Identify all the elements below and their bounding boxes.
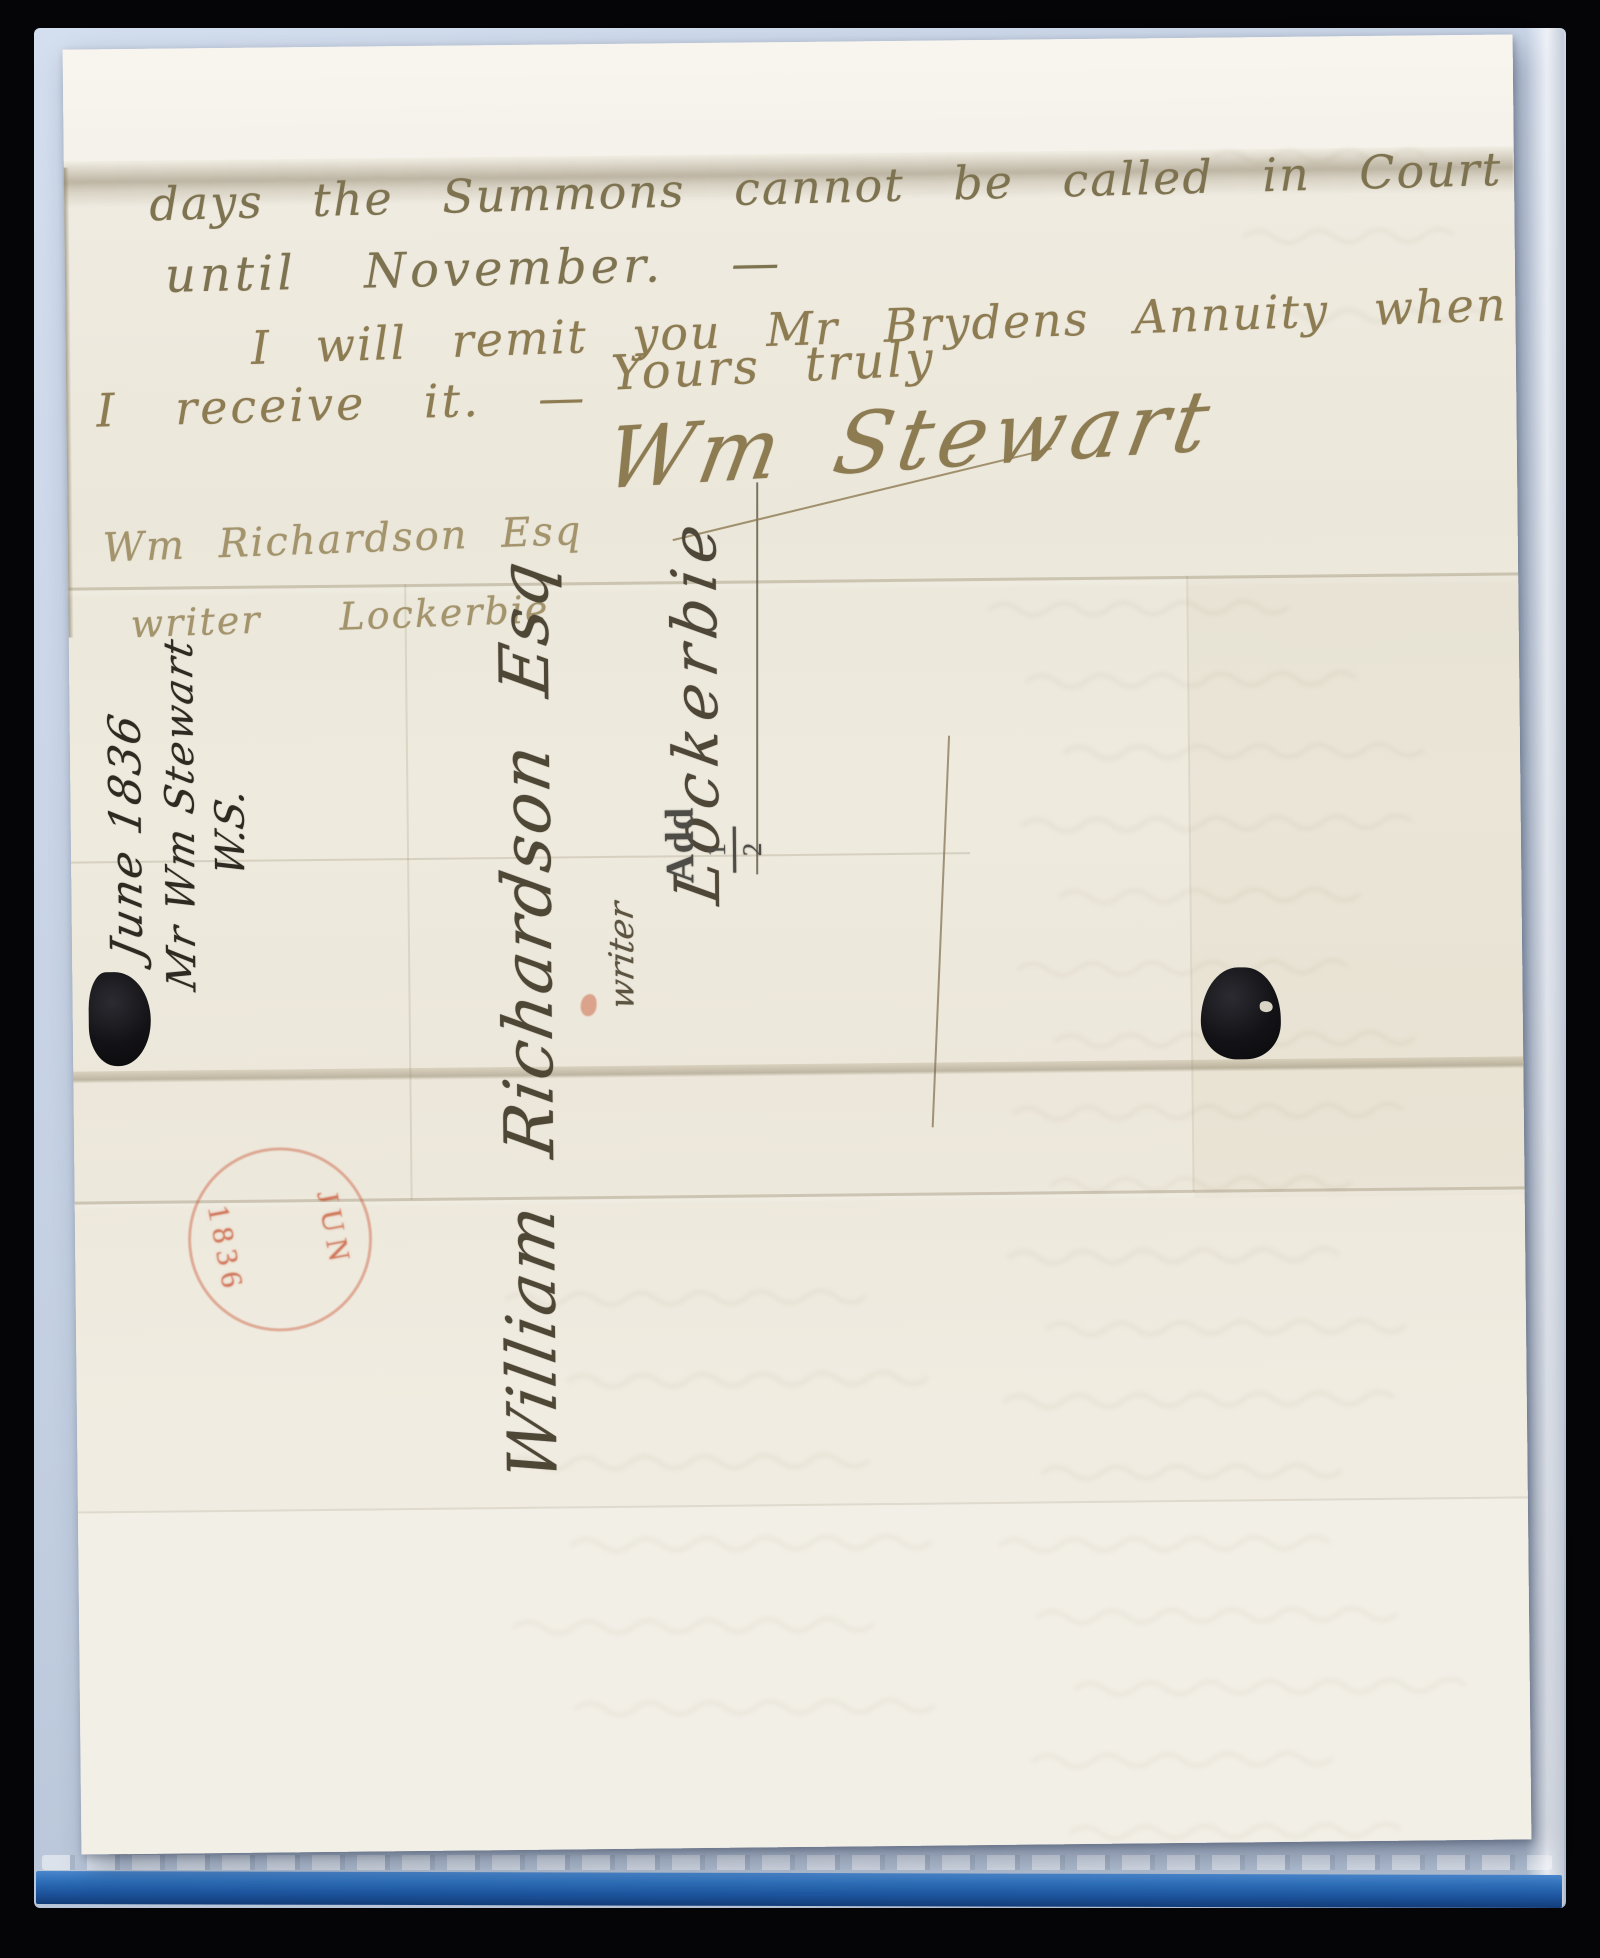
address-occupation: writer <box>601 846 643 1013</box>
filing-note: 9 June 1836 Mr Wm Stewart W.S. <box>99 643 263 1005</box>
photo-backdrop: days the Summons cannot be called in Cou… <box>0 0 1600 1958</box>
datestamp-year: 1836 <box>200 1202 252 1297</box>
handstamp-fraction: 1 2 <box>703 826 766 873</box>
add-half-handstamp: Add 1 2 <box>655 752 806 884</box>
letter-sheet: days the Summons cannot be called in Cou… <box>63 34 1532 1854</box>
handstamp-fraction-bar <box>733 827 736 873</box>
filing-note-name: Mr Wm Stewart <box>156 639 206 994</box>
sleeve-weld-seam <box>42 1855 1552 1870</box>
handstamp-numerator: 1 <box>703 843 730 857</box>
wax-seal-right <box>1200 967 1281 1060</box>
handstamp-denominator: 2 <box>739 843 766 857</box>
address-addressee: William Richardson Esq <box>485 593 573 1486</box>
wax-seal-highlight <box>1260 1001 1273 1012</box>
sleeve-edge-highlight <box>1526 28 1564 1908</box>
handstamp-word: Add <box>656 807 704 884</box>
filing-note-initials: W.S. <box>206 638 255 879</box>
datestamp-month: JUN <box>309 1188 359 1271</box>
filing-note-date: 9 June 1836 <box>99 639 154 1009</box>
address-panel: William Richardson Esq <box>485 598 664 1480</box>
album-edge-strip <box>36 1871 1562 1908</box>
